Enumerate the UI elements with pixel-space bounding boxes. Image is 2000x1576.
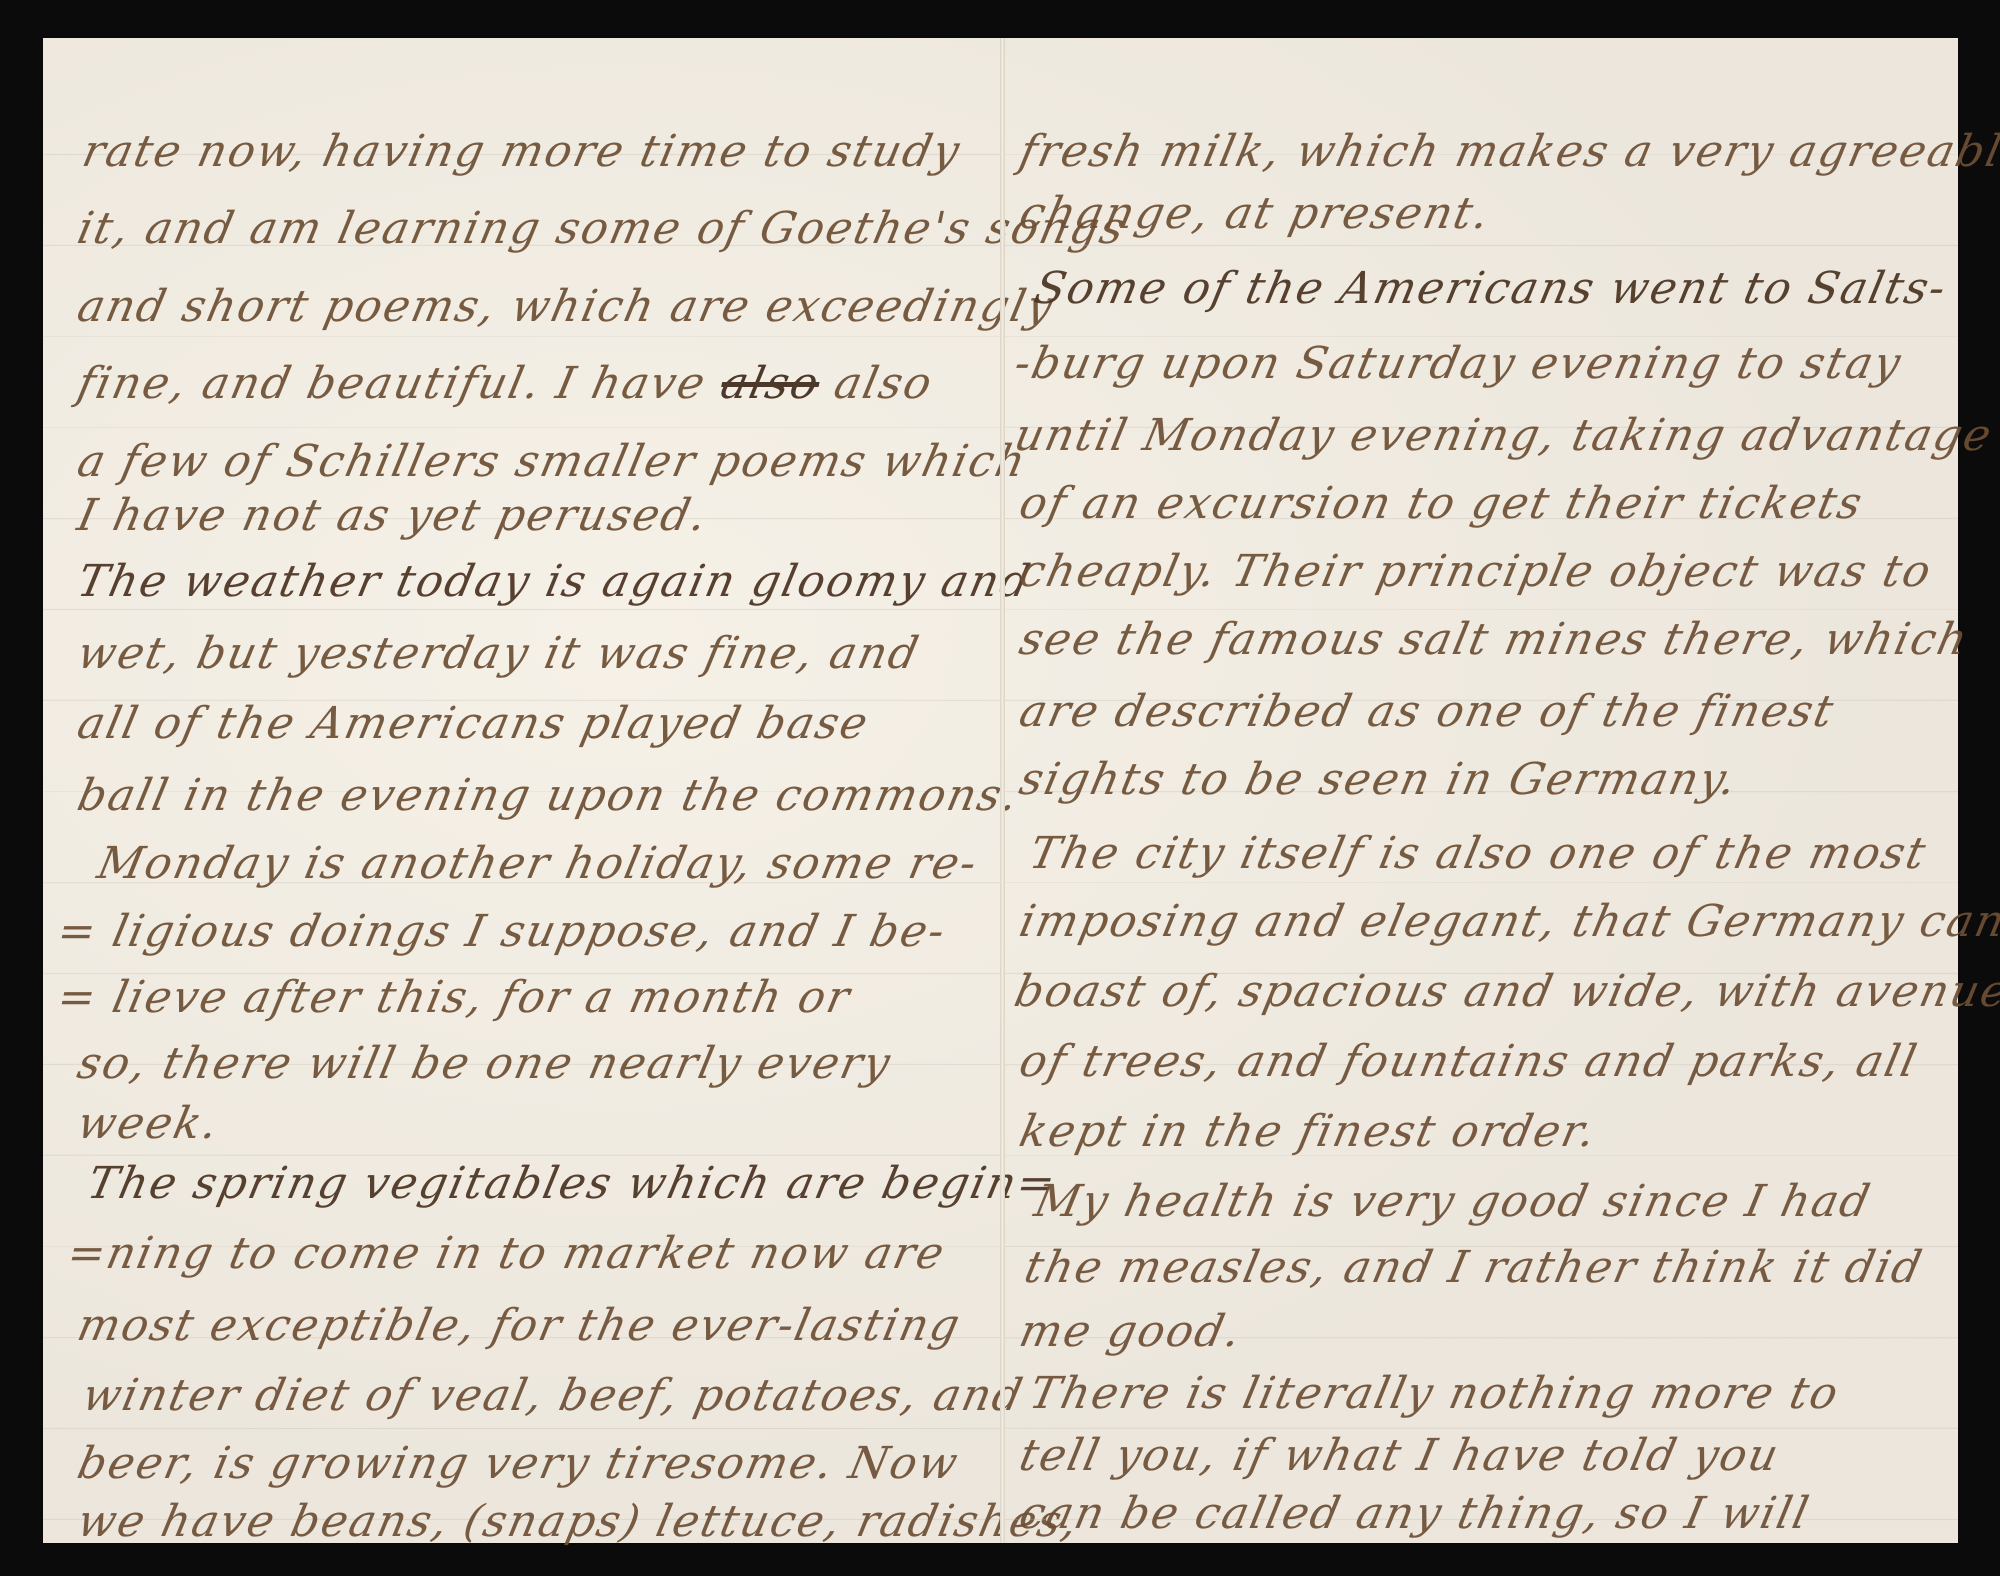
text-line: winter diet of veal, beef, potatoes, and — [78, 1370, 1029, 1421]
text-line: rate now, having more time to study — [78, 126, 966, 177]
text-line: Some of the Americans went to Salts- — [1030, 263, 1952, 314]
text-line: The weather today is again gloomy and — [73, 556, 1036, 607]
text-line: imposing and elegant, that Germany can — [1015, 896, 2000, 947]
text-line: can be called any thing, so I will — [1015, 1488, 1815, 1539]
text-line: all of the Americans played base — [73, 698, 874, 749]
text-line: change, at present. — [1015, 188, 1495, 239]
text-line: the measles, and I rather think it did — [1020, 1242, 1928, 1293]
text-line: fresh milk, which makes a very agreeable — [1015, 126, 2000, 177]
text-line: =ning to come in to market now are — [63, 1228, 950, 1279]
text-line: a few of Schillers smaller poems which — [73, 436, 1032, 487]
text-line: it, and am learning some of Goethe's son… — [73, 203, 1131, 254]
text-line: ball in the evening upon the commons. — [73, 770, 1024, 821]
text-line: sights to be seen in Germany. — [1015, 754, 1742, 805]
right-page: fresh milk, which makes a very agreeable… — [1005, 38, 1958, 1543]
text-line: Monday is another holiday, some re- — [93, 838, 983, 889]
text-line: are described as one of the finest — [1015, 686, 1839, 737]
text-line: There is literally nothing more to — [1025, 1368, 1844, 1419]
text-line: My health is very good since I had — [1030, 1176, 1876, 1227]
text-line: The spring vegitables which are begin= — [83, 1158, 1062, 1209]
text-line: beer, is growing very tiresome. Now — [73, 1438, 964, 1489]
text-line: fine, and beautiful. I have also also — [73, 358, 938, 409]
text-line: -burg upon Saturday evening to stay — [1010, 338, 1907, 389]
text-line: and short poems, which are exceedingly — [73, 281, 1059, 332]
text-line: so, there will be one nearly every — [73, 1038, 896, 1089]
text-line: boast of, spacious and wide, with avenue… — [1010, 966, 2000, 1017]
text-line: me good. — [1015, 1306, 1247, 1357]
text-line: The city itself is also one of the most — [1025, 828, 1932, 879]
text-line: = ligious doings I suppose, and I be- — [53, 906, 951, 957]
text-line: most exceptible, for the ever-lasting — [73, 1300, 966, 1351]
text-fragment: fine, and beautiful. I have — [73, 358, 711, 409]
text-line: until Monday evening, taking advantage — [1010, 410, 1997, 461]
text-line: see the famous salt mines there, which — [1015, 614, 1974, 665]
text-line: = lieve after this, for a month or — [53, 972, 856, 1023]
text-line: we have beans, (snaps) lettuce, radishes… — [73, 1496, 1084, 1547]
text-line: cheaply. Their principle object was to — [1015, 546, 1937, 597]
text-line: wet, but yesterday it was fine, and — [73, 628, 924, 679]
text-line: I have not as yet perused. — [73, 490, 713, 541]
text-line: week. — [73, 1098, 224, 1149]
text-line: of an excursion to get their tickets — [1015, 478, 1868, 529]
text-fragment: also — [814, 358, 938, 409]
left-page: rate now, having more time to study it, … — [43, 38, 1001, 1543]
text-line: of trees, and fountains and parks, all — [1015, 1036, 1923, 1087]
text-line: kept in the finest order. — [1015, 1106, 1602, 1157]
text-line: tell you, if what I have told you — [1015, 1430, 1784, 1481]
struck-word: also — [716, 358, 824, 409]
letter-sheet: rate now, having more time to study it, … — [43, 38, 1958, 1543]
